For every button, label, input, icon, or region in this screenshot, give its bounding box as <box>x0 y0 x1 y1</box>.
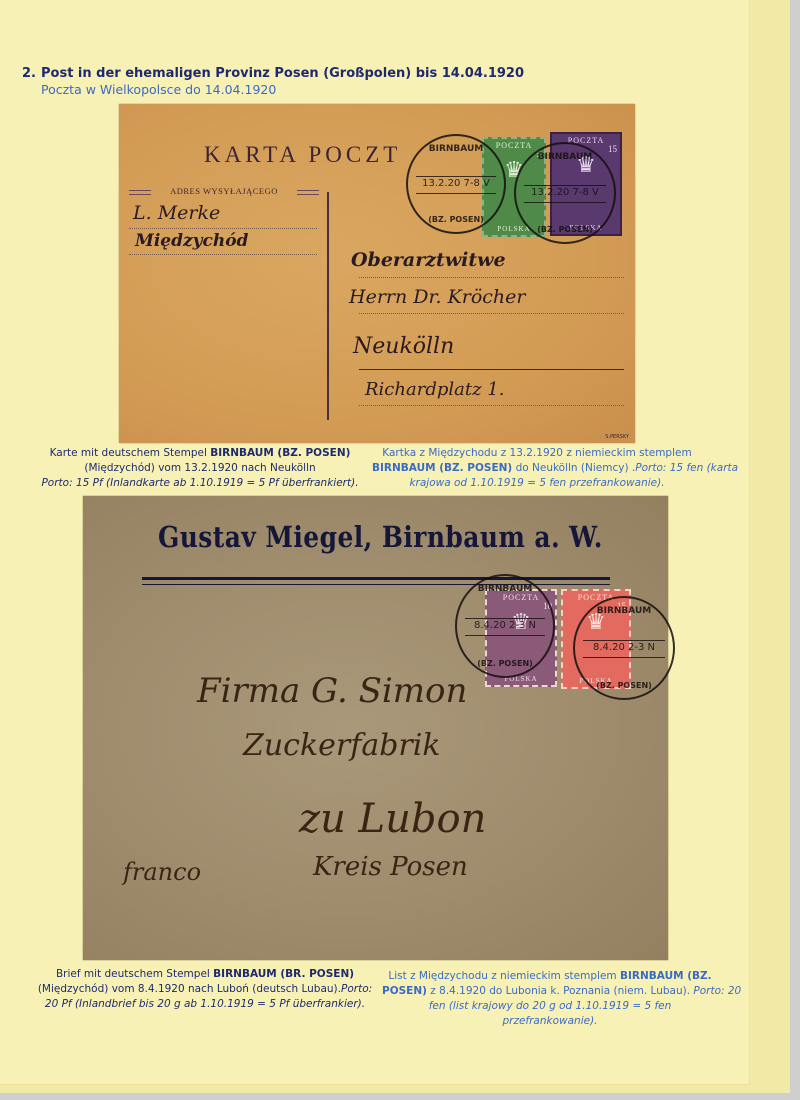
printer-imprint: S.PERSKY <box>605 434 629 440</box>
postmark-district: (BZ. POSEN) <box>575 681 673 690</box>
address-handwriting-1: Oberarztwitwe <box>351 249 506 271</box>
postmark-cancel-4: BIRNBAUM 8.4.20 2-3 N (BZ. POSEN) <box>573 596 675 700</box>
caption-italic: Porto: 15 Pf (Inlandkarte ab 1.10.1919 =… <box>41 477 358 489</box>
caption-bold: POSEN) <box>382 985 427 997</box>
postmark-district: (BZ. POSEN) <box>408 215 504 224</box>
caption-text: do Neukölln (Niemcy) . <box>512 462 635 474</box>
imprint-rule <box>142 577 610 580</box>
album-page: 2. Post in der ehemaligen Provinz Posen … <box>0 0 750 1085</box>
postmark-date: 8.4.20 2-3 N <box>465 618 546 636</box>
postmark-town: BIRNBAUM <box>575 606 673 616</box>
postcard-printed-title: KARTA POCZT <box>204 142 401 168</box>
caption-text: Brief mit deutschem Stempel <box>56 968 213 980</box>
envelope-caption-pl: List z Międzychodu z niemieckim stemplem… <box>382 969 718 1029</box>
caption-bold: BIRNBAUM (BZ. POSEN) <box>210 447 350 459</box>
caption-italic: Porto: 20 <box>693 985 741 997</box>
postmark-date: 13.2.20 7-8 V <box>524 185 606 203</box>
postcard-divider <box>327 192 329 420</box>
postmark-cancel-3: BIRNBAUM 8.4.20 2-3 N (BZ. POSEN) <box>455 574 555 678</box>
address-line <box>359 313 624 314</box>
caption-text: z 8.4.1920 do Lubonia k. Poznania (niem.… <box>427 985 693 997</box>
sender-name-handwriting: L. Merke <box>133 202 220 224</box>
address-line <box>359 369 624 370</box>
sender-line <box>129 254 317 255</box>
caption-text: List z Międzychodu z niemieckim stemplem <box>388 970 620 982</box>
caption-italic: Porto: <box>341 983 372 995</box>
section-title-pl: Poczta w Wielkopolsce do 14.04.1920 <box>41 82 276 97</box>
sender-address-label: ADRES WYSYŁAJĄCEGO <box>139 186 309 196</box>
address-handwriting-4: Richardplatz 1. <box>365 379 504 400</box>
address-line <box>359 277 624 278</box>
address-line <box>359 405 624 406</box>
caption-italic: Porto: 15 fen (karta <box>635 462 738 474</box>
envelope-address-1: Firma G. Simon <box>197 671 467 711</box>
address-handwriting-3: Neukölln <box>353 334 454 359</box>
postmark-town: BIRNBAUM <box>516 152 614 162</box>
caption-italic: krajowa od 1.10.1919 = 5 fen przefrankow… <box>409 477 664 489</box>
sender-town-handwriting: Międzychód <box>135 231 248 251</box>
postmark-district: (BZ. POSEN) <box>516 225 614 234</box>
postmark-cancel-1: BIRNBAUM 13.2.20 7-8 V (BZ. POSEN) <box>406 134 506 234</box>
postmark-cancel-2: BIRNBAUM 13.2.20 7-8 V (BZ. POSEN) <box>514 142 616 244</box>
caption-text: (Międzychód) vom 8.4.1920 nach Luboń (de… <box>38 983 341 995</box>
caption-bold: BIRNBAUM (BZ. <box>620 970 712 982</box>
envelope-address-3: zu Lubon <box>299 796 486 842</box>
address-handwriting-2: Herrn Dr. Kröcher <box>349 286 525 308</box>
caption-italic: fen (list krajowy do 20 g od 1.10.1919 =… <box>429 1000 672 1027</box>
postcard-caption-de: Karte mit deutschem Stempel BIRNBAUM (BZ… <box>40 446 360 491</box>
postcard-caption-pl: Kartka z Międzychodu z 13.2.1920 z niemi… <box>372 446 702 491</box>
envelope-image: Gustav Miegel, Birnbaum a. W. POCZTA 10 … <box>83 496 668 960</box>
postmark-district: (BZ. POSEN) <box>457 659 553 668</box>
envelope-address-4: Kreis Posen <box>313 852 468 882</box>
postmark-date: 8.4.20 2-3 N <box>583 640 665 658</box>
envelope-franco-note: franco <box>123 858 201 886</box>
postmark-date: 13.2.20 7-8 V <box>416 176 497 193</box>
caption-bold: BIRNBAUM (BR. POSEN) <box>213 968 354 980</box>
sender-line <box>129 228 317 229</box>
caption-text: (Międzychód) vom 13.2.1920 nach Neukölln <box>40 461 360 476</box>
envelope-address-2: Zuckerfabrik <box>243 728 441 763</box>
caption-bold: BIRNBAUM (BZ. POSEN) <box>372 462 512 474</box>
caption-text: Kartka z Międzychodu z 13.2.1920 z niemi… <box>372 446 702 461</box>
section-number: 2. <box>22 66 36 81</box>
envelope-caption-de: Brief mit deutschem Stempel BIRNBAUM (BR… <box>30 967 380 1012</box>
caption-italic: 20 Pf (Inlandbrief bis 20 g ab 1.10.1919… <box>45 998 365 1010</box>
caption-text: Karte mit deutschem Stempel <box>50 447 211 459</box>
postcard-image: KARTA POCZT ADRES WYSYŁAJĄCEGO L. Merke … <box>119 104 635 443</box>
section-title-de: Post in der ehemaligen Provinz Posen (Gr… <box>41 66 524 81</box>
envelope-sender-imprint: Gustav Miegel, Birnbaum a. W. <box>158 520 603 554</box>
postmark-town: BIRNBAUM <box>457 584 553 594</box>
postmark-town: BIRNBAUM <box>408 144 504 154</box>
